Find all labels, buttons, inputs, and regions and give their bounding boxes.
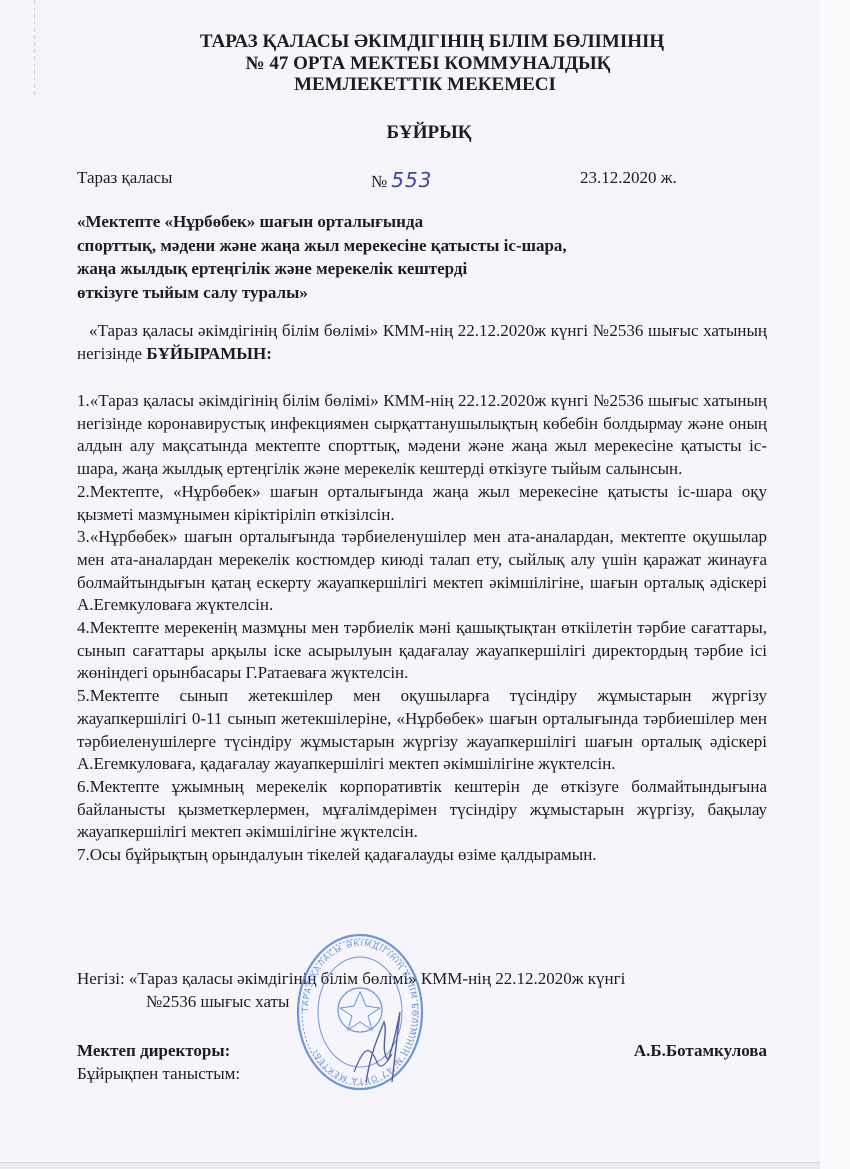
subject-line: «Мектепте «Нұрбөбек» шағын орталығында [77, 210, 777, 234]
official-stamp-icon: ТАРАЗ ҚАЛАСЫ ӘКІМДІГІНІҢ БІЛІМ БӨЛІМІНІҢ… [296, 932, 424, 1092]
handwritten-order-number: 553 [391, 168, 432, 192]
intro-paragraph: «Тараз қаласы әкімдігінің білім бөлімі» … [77, 320, 767, 365]
order-item-1: 1.«Тараз қаласы әкімдігінің білім бөлімі… [77, 390, 767, 481]
order-item-6: 6.Мектепте ұжымның мерекелік корпоративт… [77, 776, 767, 844]
city-name: Тараз қаласы [77, 168, 172, 188]
order-item-7: 7.Осы бұйрықтың орындалуын тікелей қадағ… [77, 844, 767, 867]
svg-text:ТАРАЗ ҚАЛАСЫ ӘКІМДІГІНІҢ БІЛІМ: ТАРАЗ ҚАЛАСЫ ӘКІМДІГІНІҢ БІЛІМ БӨЛІМІНІҢ… [301, 939, 419, 1085]
order-item-3: 3.«Нұрбөбек» шағын орталығында тәрбиелен… [77, 526, 767, 617]
subject-line: жаңа жылдық ертеңгілік және мерекелік ке… [77, 257, 777, 281]
acknowledgement-label: Бұйрықпен таныстым: [77, 1064, 240, 1084]
order-subject: «Мектепте «Нұрбөбек» шағын орталығында с… [77, 210, 777, 304]
org-line-1: ТАРАЗ ҚАЛАСЫ ӘКІМДІГІНІҢ БІЛІМ БӨЛІМІНІҢ [0, 31, 850, 53]
page-edge-bottom [0, 1162, 820, 1169]
organization-header: ТАРАЗ ҚАЛАСЫ ӘКІМДІГІНІҢ БІЛІМ БӨЛІМІНІҢ… [0, 31, 850, 96]
document-type-title: БҰЙРЫҚ [0, 122, 850, 144]
org-line-3: МЕМЛЕКЕТТІК МЕКЕМЕСІ [0, 74, 850, 96]
order-number: №553 [371, 168, 432, 192]
signatory-role: Мектеп директоры: [77, 1041, 230, 1061]
page-edge-right [820, 0, 850, 1169]
org-line-2: № 47 ОРТА МЕКТЕБІ КОММУНАЛДЫҚ [0, 53, 850, 75]
subject-line: спорттық, мәдени және жаңа жыл мерекесін… [77, 234, 777, 258]
command-word: БҰЙЫРАМЫН: [146, 344, 272, 363]
stamp-ring-text: ТАРАЗ ҚАЛАСЫ ӘКІМДІГІНІҢ БІЛІМ БӨЛІМІНІҢ… [301, 939, 419, 1085]
number-sign: № [371, 172, 387, 191]
order-item-5: 5.Мектепте сынып жетекшілер мен оқушылар… [77, 685, 767, 776]
order-date: 23.12.2020 ж. [580, 168, 677, 188]
order-item-2: 2.Мектепте, «Нұрбөбек» шағын орталығында… [77, 481, 767, 526]
order-item-4: 4.Мектепте мерекенің мазмұны мен тәрбиел… [77, 617, 767, 685]
subject-line: өткізуге тыйым салу туралы» [77, 281, 777, 305]
signatory-name: А.Б.Ботамкулова [634, 1041, 767, 1061]
order-items-list: 1.«Тараз қаласы әкімдігінің білім бөлімі… [77, 390, 767, 867]
